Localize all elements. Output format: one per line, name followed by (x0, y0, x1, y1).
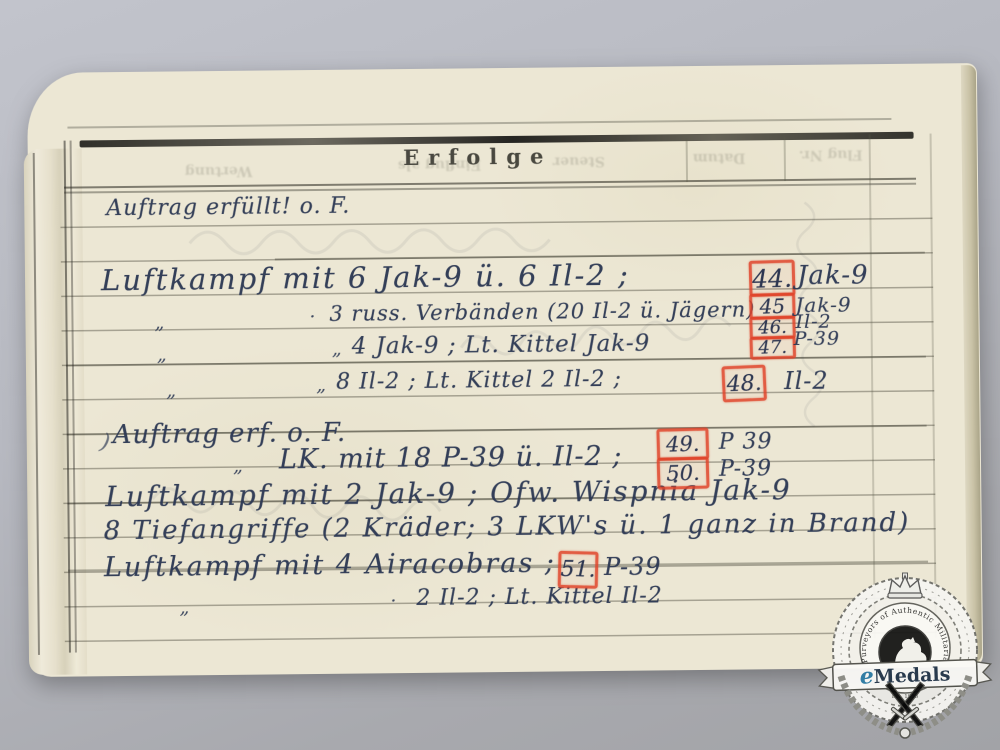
ghost-column-header: Flug Nr. (799, 146, 863, 163)
victory-number-box: 44. (749, 260, 796, 297)
victory-number-group: 49. 50. (657, 428, 710, 490)
victory-number-box: 48. (721, 365, 767, 403)
logbook-photo: Erfolge Wertung Einflug als Steuer Datum… (0, 0, 1000, 750)
ditto-mark: „ (316, 374, 326, 396)
ghost-column-header: Datum (693, 149, 746, 166)
aircraft-type: P-39 (719, 456, 772, 482)
victory-number: 47. (758, 337, 787, 359)
ghost-column-header: Einflug als (398, 156, 482, 173)
victory-number: 44. (752, 263, 793, 293)
ditto-mark: „ (157, 344, 167, 366)
ditto-mark: „ (154, 312, 164, 334)
entry-text: Auftrag erfüllt! o. F. (106, 194, 350, 222)
ditto-mark: · (390, 590, 396, 612)
aircraft-type: P 39 (719, 429, 773, 455)
emedals-watermark: Purveyors of Authentic Militaria eMedals… (805, 572, 1000, 744)
victory-number-box: 51. (558, 551, 599, 589)
victory-number: 51. (560, 557, 596, 583)
entry-text: 3 russ. Verbänden (20 Il-2 ü. Jägern) (329, 297, 755, 325)
aircraft-type: Jak-9 (797, 260, 869, 291)
ditto-mark: „ (332, 338, 342, 360)
victory-number-box: 50. (657, 456, 710, 489)
entry-text: Luftkampf mit 4 Airacobras ; (104, 547, 556, 583)
victory-number: 49. (666, 432, 700, 457)
victory-number: 45 (759, 294, 785, 319)
ditto-mark: „ (179, 596, 189, 618)
entry-text: LK. mit 18 P-39 ü. Il-2 ; (279, 441, 623, 476)
entry-text: 2 Il-2 ; Lt. Kittel Il-2 (416, 583, 663, 611)
entry-text: 4 Jak-9 ; Lt. Kittel Jak-9 (352, 330, 651, 359)
victory-number-box: 47. (749, 336, 796, 360)
ditto-mark: „ (166, 379, 176, 401)
aircraft-type: P-39 (604, 552, 662, 581)
victory-number: 50. (666, 461, 700, 486)
ghost-column-header: Steuer (553, 153, 605, 170)
entry-text: 8 Il-2 ; Lt. Kittel 2 Il-2 ; (336, 367, 622, 395)
ditto-mark: · (309, 306, 315, 328)
aircraft-type: P-39 (794, 328, 841, 350)
ghost-column-header: Wertung (185, 163, 253, 180)
victory-number: 48. (726, 370, 762, 397)
ditto-mark: „ (233, 455, 243, 477)
entry-text: Luftkampf mit 6 Jak-9 ü. 6 Il-2 ; (101, 258, 630, 298)
crown-icon (888, 573, 922, 598)
aircraft-type: Il-2 (784, 367, 829, 395)
watermark-banner-text: eMedals (859, 660, 950, 689)
victory-number-group: 44. 45 46. 47. (749, 260, 796, 359)
